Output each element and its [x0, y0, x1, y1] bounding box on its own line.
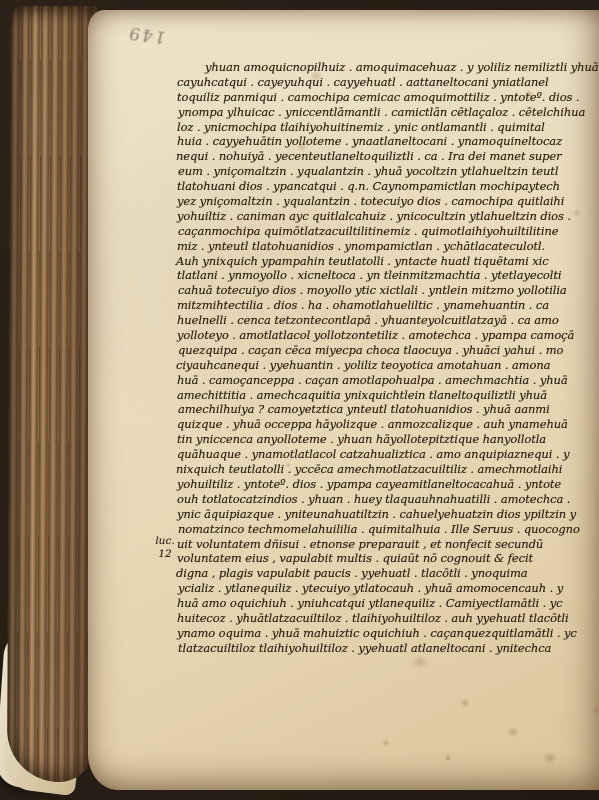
manuscript-line: ynic āquipiazque . yniteunahuatiltzin . …	[177, 507, 585, 522]
manuscript-line: quezquipa . caçan cēca miyecpa choca tla…	[178, 343, 585, 358]
manuscript-line: yohuiltiliz . yntoteº. dios . ypampa cay…	[177, 477, 585, 492]
manuscript-line: yolloteyo . amotlatlacol yollotzontetili…	[177, 328, 585, 343]
manuscript-line: cayuhcatqui . cayeyuhqui . cayyehuatl . …	[177, 75, 585, 90]
manuscript-line: uit voluntatem dñisui . etnonse preparau…	[177, 537, 585, 552]
manuscript-line: loz . ynicmochipa tlaihiyohuitinemiz . y…	[177, 120, 585, 135]
manuscript-line: quizque . yhuā occeppa hāyolizque . anmo…	[177, 417, 585, 432]
manuscript-line: yohuiltiz . caniman ayc quitlalcahuiz . …	[177, 209, 585, 224]
manuscript-line: huelnelli . cenca tetzontecontlapā . yhu…	[177, 313, 585, 328]
manuscript-line: tin yniccenca anyolloteme . yhuan hāyoll…	[177, 432, 585, 447]
manuscript-line: eum . yniçomaltzin . yqualantzin . yhuā …	[178, 164, 585, 179]
manuscript-line: huia . cayyehuātin yolloteme . ynaatlane…	[177, 134, 585, 149]
manuscript-line: toquiliz panmiqui . camochipa cemicac am…	[177, 90, 585, 105]
manuscript-line: nixquich teutlatolli . yccēca amechmotla…	[176, 462, 585, 477]
manuscript-line: huā amo oquichiuh . yniuhcatqui ytlanequ…	[177, 596, 585, 611]
book-fore-edge-stack	[7, 6, 97, 782]
manuscript-line: huitecoz . yhuātlatzacuiltiloz . tlaihiy…	[177, 611, 585, 626]
manuscript-line: miz . ynteutl tlatohuanidios . ynompamic…	[177, 239, 585, 254]
manuscript-line: tlatlani . ynmoyollo . xicneltoca . yn t…	[177, 268, 585, 283]
manuscript-line: cahuā totecuiyo dios . moyollo ytic xict…	[178, 283, 585, 298]
manuscript-page: 149 luc. 12 yhuan amoquicnopilhuiz . amo…	[88, 10, 599, 790]
manuscript-line: amechilhuiya ? camoyetztica ynteutl tlat…	[178, 402, 585, 417]
manuscript-line: yhuan amoquicnopilhuiz . amoquimacehuaz …	[177, 60, 585, 75]
manuscript-line: caçanmochipa quimōtlatzacuiltilitinemiz …	[178, 224, 585, 239]
manuscript-text-block: yhuan amoquicnopilhuiz . amoquimacehuaz …	[177, 60, 585, 656]
manuscript-line: mitzmihtectilia . dios . ha . ohamotlahu…	[177, 298, 585, 313]
manuscript-line: nequi . nohuiyā . yecenteutlaneltoquiliz…	[176, 149, 585, 164]
manuscript-line: ynamo oquima . yhuā mahuiztic oquichiuh …	[177, 626, 585, 641]
manuscript-line: huā . camoçanceppa . caçan amotlapohualp…	[177, 373, 585, 388]
manuscript-line: voluntatem eius , vapulabit multis . qui…	[177, 551, 585, 566]
manuscript-photo: 149 luc. 12 yhuan amoquicnopilhuiz . amo…	[0, 0, 599, 800]
manuscript-line: nomatzinco techmomelahuililia . quimital…	[178, 522, 585, 537]
manuscript-line: amechittitia . amechcaquitia ynixquichtl…	[177, 388, 585, 403]
manuscript-line: ciyauhcanequi . yyehuantin . yoliliz teo…	[176, 358, 585, 373]
manuscript-line: ynompa ylhuicac . yniccentlāmantli . cam…	[178, 105, 585, 120]
manuscript-line: digna , plagis vapulabit paucis . yyehua…	[176, 566, 585, 581]
manuscript-line: ycializ . ytlanequiliz . ytecuiyo ytlato…	[178, 581, 585, 596]
manuscript-line: quāhuaque . ynamotlatlacol catzahualizti…	[177, 447, 585, 462]
manuscript-line: yez yniçomaltzin . yqualantzin . totecui…	[177, 194, 585, 209]
folio-number-pencil: 149	[116, 21, 168, 47]
manuscript-line: ouh totlatocatzindios . yhuan . huey tla…	[177, 492, 585, 507]
manuscript-line: tlatohuani dios . ypancatqui . q.n. Cayn…	[177, 179, 585, 194]
manuscript-line: tlatzacuiltiloz tlaihiyohuiltiloz . yyeh…	[178, 641, 585, 656]
manuscript-line: Auh ynixquich ypampahin teutlatolli . yn…	[176, 254, 585, 269]
